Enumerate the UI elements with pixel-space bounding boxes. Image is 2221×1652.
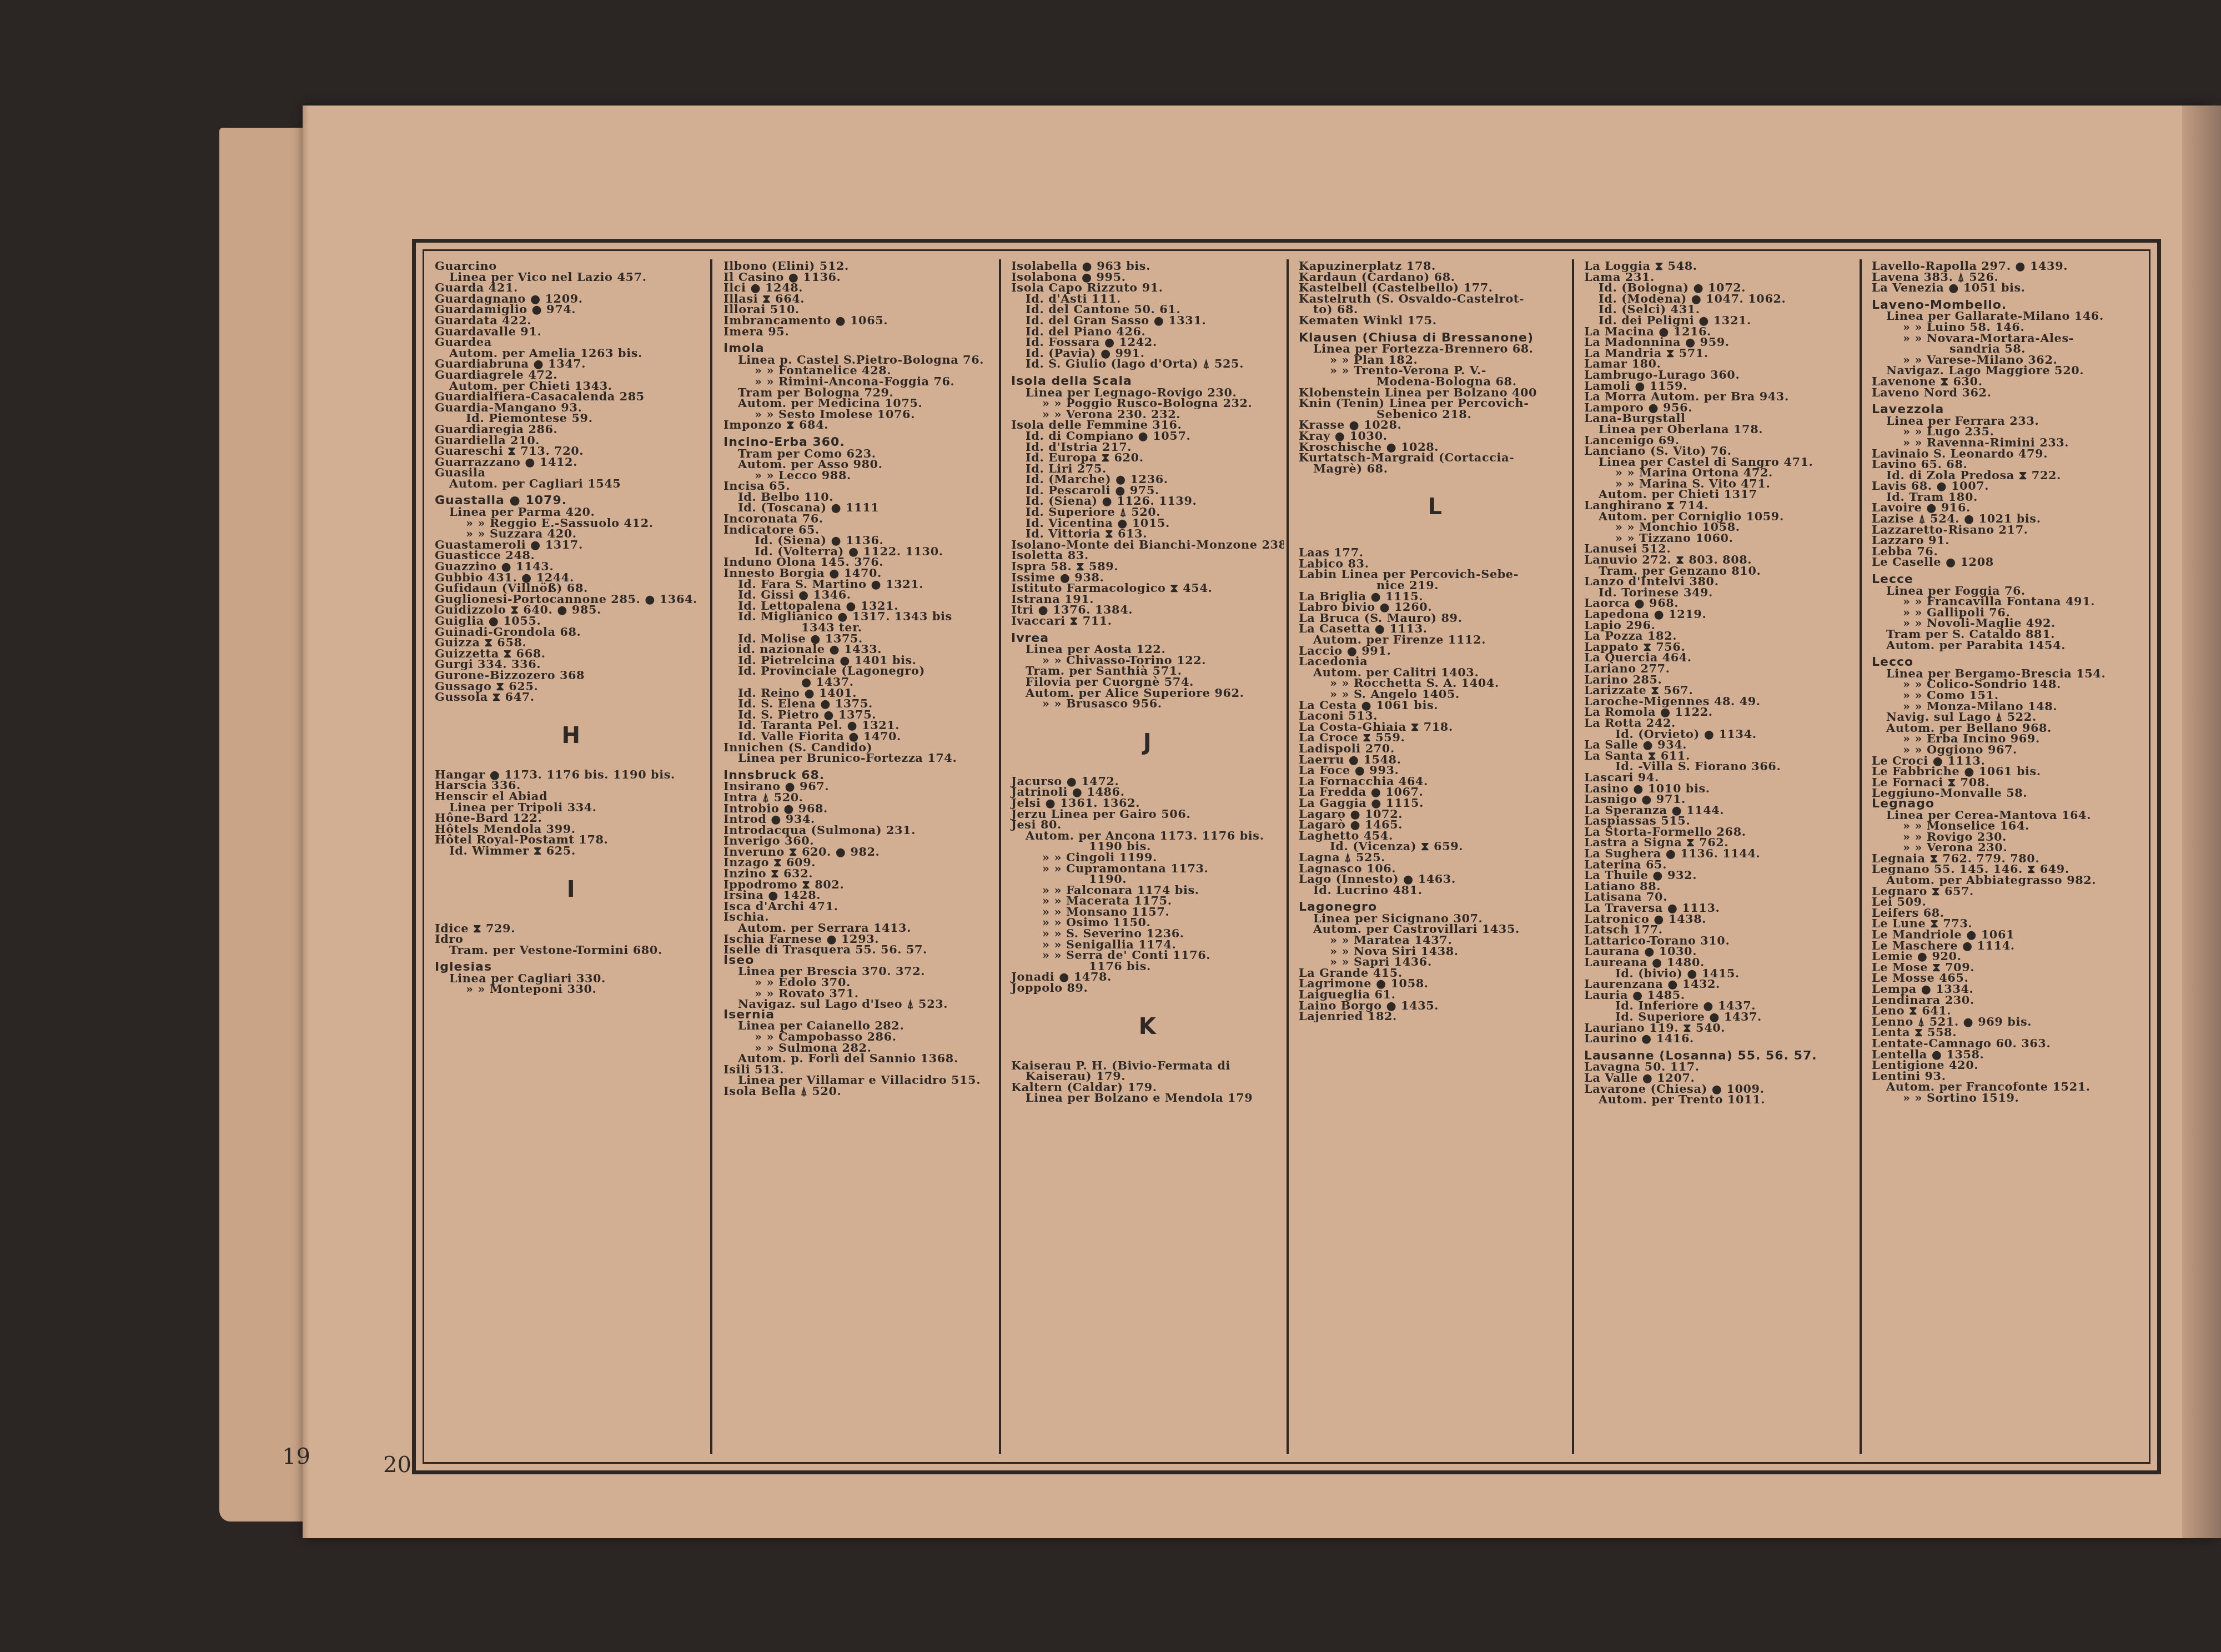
index-entry: » » Sortino 1519. [1872,1092,2144,1103]
index-entry: Id. Provinciale (Lagonegro) [723,665,996,676]
index-frame: GuarcinoLinea per Vico nel Lazio 457.Gua… [412,239,2161,1474]
index-entry: Autom. per Cagliari 1545 [435,478,707,489]
index-entry: Linea per Brunico-Fortezza 174. [723,752,996,764]
page-number: 20 [383,1452,411,1478]
index-entry: Gussola ⧗ 647. [435,691,707,702]
page-fold-shadow [303,106,309,1538]
index-entry: » » Cupramontana 1173. [1011,863,1284,874]
section-letter: K [1011,993,1284,1060]
index-entry: Autom. per Trento 1011. [1584,1094,1857,1105]
index-entry: Magrè) 68. [1299,463,1571,474]
index-column-1: GuarcinoLinea per Vico nel Lazio 457.Gua… [427,260,707,1454]
index-entry: Id. Wimmer ⧗ 625. [435,845,707,856]
column-divider [1287,259,1289,1454]
index-entry: Ivaccari ⧗ 711. [1011,615,1284,626]
index-column-5: La Loggia ⧗ 548.Lama 231.Id. (Bologna) ●… [1576,260,1857,1454]
index-entry: Le Caselle ● 1208 [1872,556,2144,568]
index-entry: Tram. per Vestone-Tormini 680. [435,945,707,956]
index-entry: Lajenried 182. [1299,1011,1571,1022]
index-entry: Joppolo 89. [1011,982,1284,993]
column-divider [1860,259,1862,1454]
column-divider [1572,259,1574,1454]
index-column-2: Ilbono (Elini) 512.Il Casino ● 1136.Ilci… [716,260,996,1454]
column-divider [999,259,1001,1454]
index-entry: » » Monteponi 330. [435,983,707,995]
index-entry: Iselle di Trasquera 55. 56. 57. [723,944,996,955]
index-entry: Kematen Winkl 175. [1299,315,1571,326]
previous-page-number: 19 [282,1444,310,1469]
index-entry: La Venezia ● 1051 bis. [1872,282,2144,293]
index-entry: » » Brusasco 956. [1011,698,1284,709]
section-letter: I [435,856,707,923]
index-entry: Linea per Bolzano e Mendola 179 [1011,1092,1284,1103]
index-entry: Idice ⧗ 729. [435,923,707,934]
index-entry: Id. Lucrino 481. [1299,885,1571,896]
section-letter: H [435,702,707,769]
index-entry: Isola Bella ⍋ 520. [723,1086,996,1097]
index-entry: Autom. per Parabita 1454. [1872,640,2144,651]
index-entry: Imponzo ⧗ 684. [723,419,996,430]
index-column-3: Isolabella ● 963 bis.Isolabona ● 995.Iso… [1003,260,1284,1454]
index-entry: Laveno Nord 362. [1872,387,2144,398]
index-entry: Laurino ● 1416. [1584,1033,1857,1044]
section-letter: L [1299,474,1571,540]
index-column-6: Lavello-Rapolla 297. ● 1439.Lavena 383. … [1864,260,2144,1454]
section-letter: J [1011,709,1284,776]
column-divider [710,259,712,1454]
index-entry: Imera 95. [723,326,996,337]
index-entry: Id. S. Giulio (lago d'Orta) ⍋ 525. [1011,358,1284,369]
page-edge-shadow [2182,106,2221,1538]
index-column-4: Kapuzinerplatz 178.Kardaun (Cardano) 68.… [1291,260,1571,1454]
